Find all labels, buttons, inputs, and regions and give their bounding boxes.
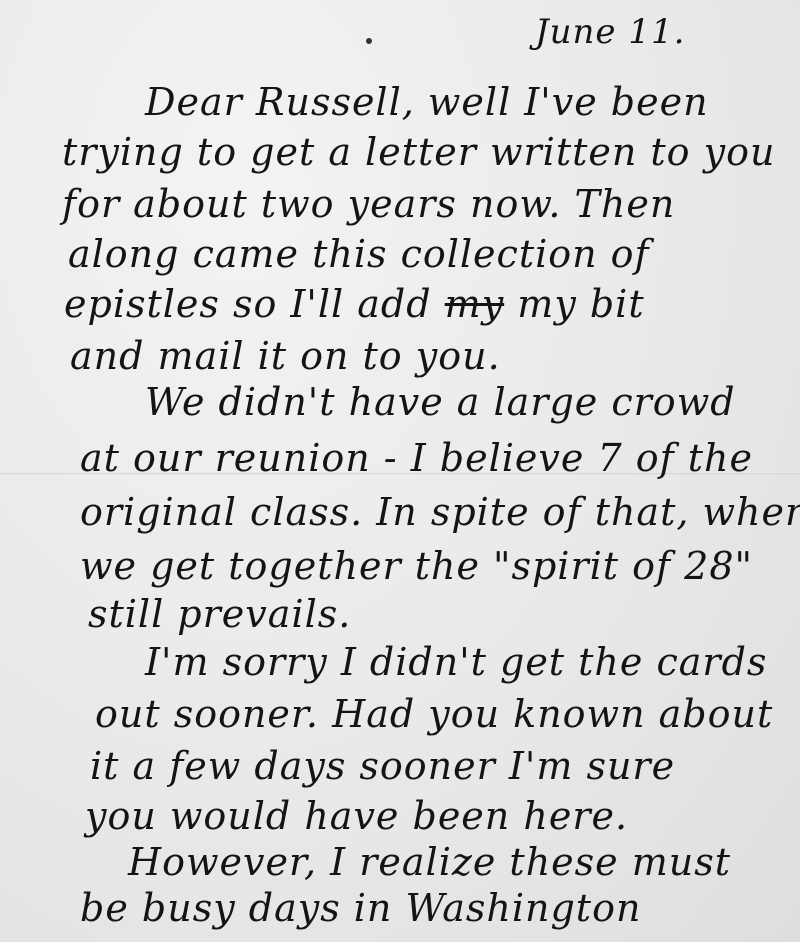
- letter-text: my bit: [517, 282, 644, 326]
- letter-line: still prevails.: [88, 592, 351, 636]
- crossed-out-word: my: [445, 282, 505, 326]
- letter-line: be busy days in Washington: [80, 886, 641, 930]
- letter-line: out sooner. Had you known about: [95, 692, 773, 736]
- letter-date: June 11.: [535, 12, 685, 52]
- letter-line: it a few days sooner I'm sure: [90, 744, 675, 788]
- letter-line: we get together the "spirit of 28": [80, 544, 753, 588]
- ink-spot: [366, 38, 372, 44]
- letter-line: and mail it on to you.: [70, 334, 501, 378]
- letter-line: trying to get a letter written to you: [62, 130, 775, 174]
- letter-line: We didn't have a large crowd: [145, 380, 736, 424]
- letter-line: Dear Russell, well I've been: [145, 80, 709, 124]
- letter-line: I'm sorry I didn't get the cards: [145, 640, 767, 684]
- letter-text: epistles so I'll add: [64, 282, 432, 326]
- letter-page: June 11. Dear Russell, well I've been tr…: [0, 0, 800, 942]
- letter-line: original class. In spite of that, when: [80, 490, 800, 534]
- letter-line: at our reunion - I believe 7 of the: [80, 436, 753, 480]
- letter-line: along came this collection of: [68, 232, 650, 276]
- letter-line: for about two years now. Then: [62, 182, 675, 226]
- letter-line: epistles so I'll add my my bit: [64, 282, 645, 326]
- letter-line: you would have been here.: [85, 794, 628, 838]
- letter-line: However, I realize these must: [128, 840, 731, 884]
